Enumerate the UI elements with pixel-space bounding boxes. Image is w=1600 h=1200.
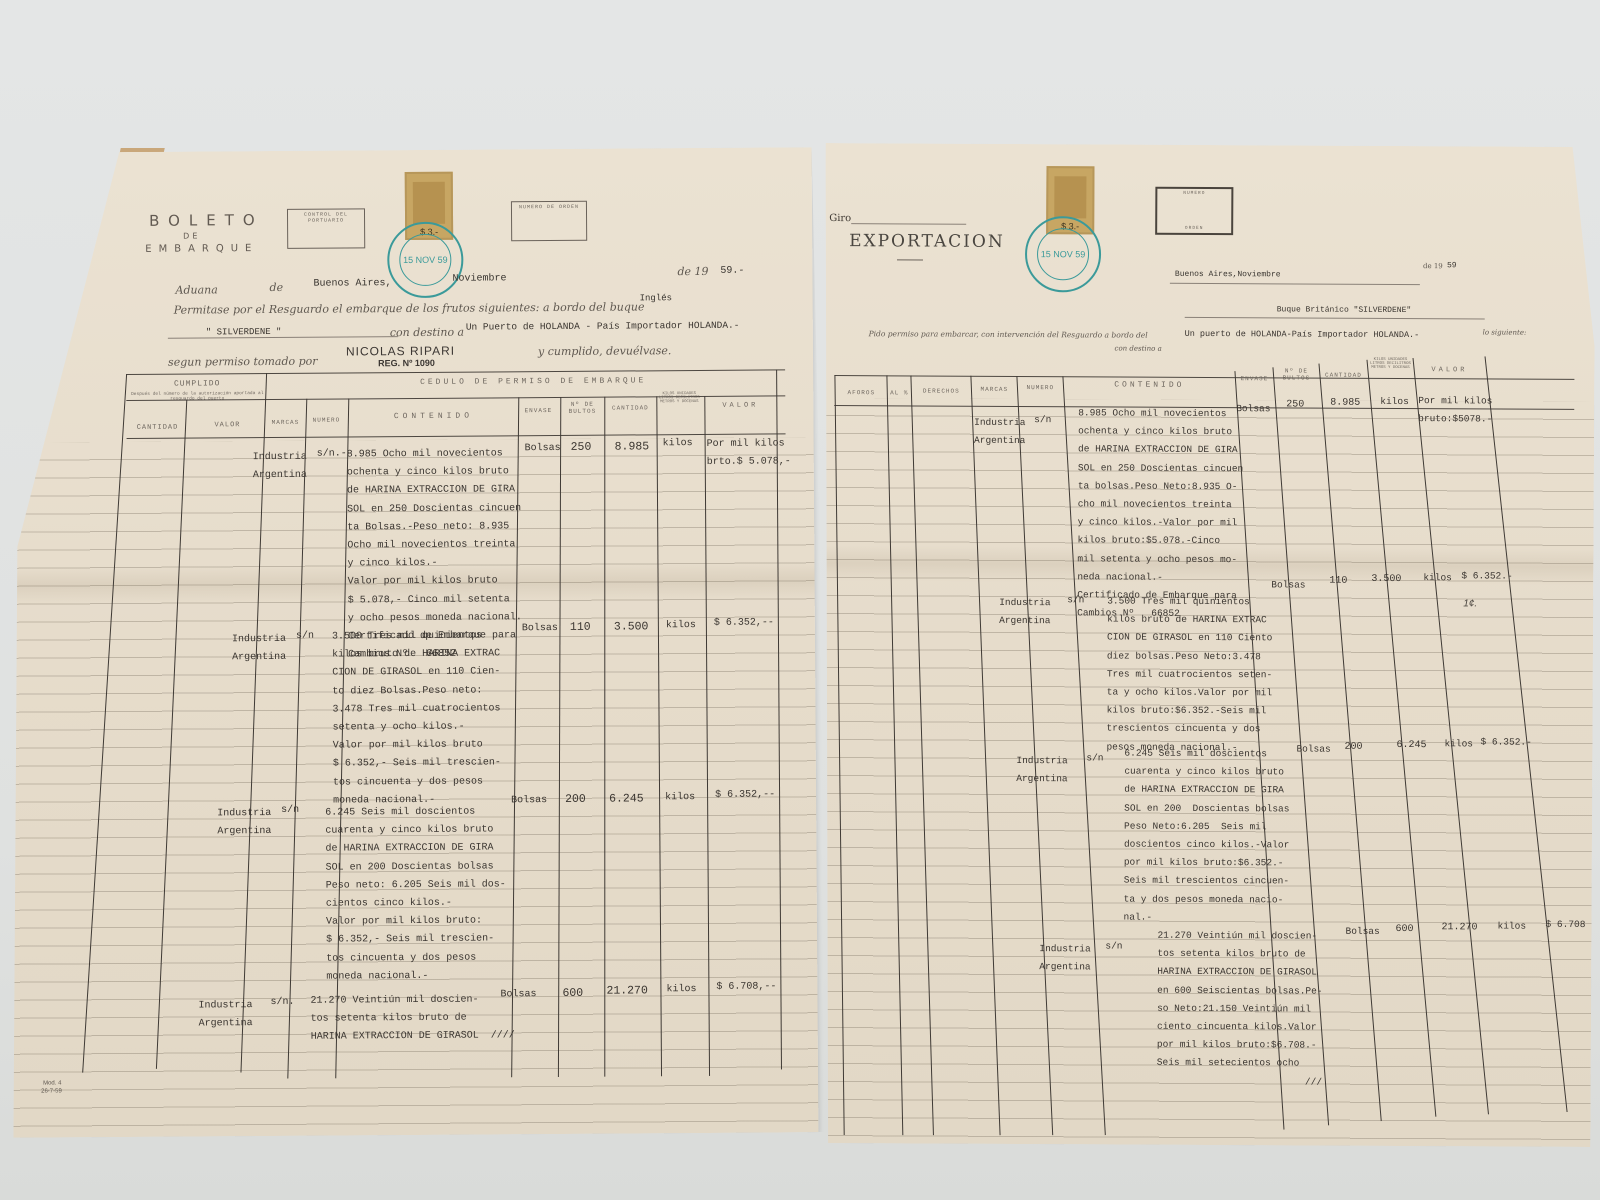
row2-valor: $ 6.352,-- (714, 617, 774, 628)
ship-value: Buque Británico "SILVERDENE" (1277, 305, 1411, 315)
form-date-code: 26-7-59 (41, 1088, 62, 1094)
row4-marcas: Industria Argentina (1039, 940, 1091, 977)
de-label: de (269, 281, 283, 294)
order-box: NUMERO DE ORDEN (511, 201, 587, 242)
row3-numero: s/n (1086, 752, 1103, 763)
aduana-value: Buenos Aires, (313, 278, 391, 290)
agent-name-stamp: NICOLAS RIPARI (346, 344, 455, 359)
row1-valor: Por mil kilos bruto:$5078.- (1418, 392, 1492, 429)
row2-unidad: kilos (666, 620, 696, 631)
aduana-label: Aduana (175, 283, 217, 296)
row1-bultos: 250 (571, 441, 592, 454)
control-box: CONTROL DEL PORTUARIO (287, 208, 365, 249)
row4-valor: $ 6.708,-- (716, 981, 776, 992)
col-header-contenido: CONTENIDO (348, 411, 518, 421)
row3-envase: Bolsas (1296, 743, 1330, 754)
col-header-valor: VALOR (188, 421, 266, 430)
segun-label: segun permiso tomado por (168, 355, 318, 369)
row1-unidad: kilos (663, 438, 693, 449)
row1-unidad: kilos (1380, 396, 1409, 407)
destino-value: Un Puerto de HOLANDA - País Importador H… (466, 320, 740, 333)
row1-numero: s/n (1034, 414, 1051, 425)
orden-box-label: ORDEN (1157, 226, 1231, 231)
row4-envase: Bolsas (1345, 926, 1379, 937)
row2-contenido: 3.500 Tres mil quinientos kilos bruto de… (332, 627, 501, 810)
seal-ring (1037, 228, 1089, 280)
row1-envase: Bolsas (1236, 403, 1270, 414)
cumplido-label: y cumplido, devuélvase. (538, 344, 672, 358)
col-divider (604, 397, 605, 1077)
table-top-border (834, 375, 1574, 380)
row1-cantidad: 8.985 (615, 440, 650, 453)
customs-seal: 15 NOV 59 (387, 222, 464, 299)
boleto-de-embarque-sheet: BOLETO DE EMBARQUE CONTROL DEL PORTUARIO… (7, 147, 819, 1138)
row3-marcas: Industria Argentina (1016, 752, 1068, 789)
col-header-envase: ENVASE (1236, 375, 1272, 382)
doc-title-embarque: EMBARQUE (145, 243, 258, 255)
title-underline (897, 259, 923, 260)
row3-marcas: Industria Argentina (217, 805, 271, 842)
numero-orden-box: NUMERO ORDEN (1155, 187, 1233, 235)
row4-numero: s/n (1105, 940, 1122, 951)
col-header-al: AL % (888, 389, 910, 396)
year-label: de 19 (677, 265, 708, 278)
stamp-figure (413, 182, 445, 224)
row3-contenido: 6.245 Seis mil doscientos cuarenta y cin… (325, 803, 506, 986)
row1-bultos: 250 (1286, 399, 1304, 410)
agent-registration: REG. Nº 1090 (378, 358, 435, 368)
giro-label: Giro (829, 213, 851, 224)
destino-label: con destino a (1115, 345, 1162, 353)
permit-line: Permitase por el Resguardo el embarque d… (174, 300, 645, 316)
row2-bultos: 110 (1329, 576, 1347, 587)
ship-nationality: Inglés (640, 293, 672, 303)
ship-field (1185, 317, 1485, 320)
row2-valor: $ 6.352.- (1461, 570, 1512, 581)
customs-seal: 15 NOV 59 (1025, 216, 1101, 292)
row1-marcas: Industria Argentina (974, 414, 1026, 451)
month-value: Noviembre (452, 273, 506, 284)
doc-title-boleto: BOLETO (149, 211, 264, 230)
stamp-figure (1054, 176, 1086, 218)
row2-unidad: kilos (1423, 572, 1452, 583)
row3-numero: s/n (281, 805, 299, 816)
form-code: Mod. 4 (43, 1080, 61, 1086)
ship-name-field (168, 336, 398, 339)
row2-envase: Bolsas (1271, 579, 1305, 590)
row3-bultos: 200 (565, 793, 586, 806)
margin-note: 1¢. (1463, 598, 1477, 609)
row3-cantidad: 6.245 (609, 792, 644, 805)
row2-bultos: 110 (570, 621, 591, 634)
col-header-numero: NUMERO (306, 416, 346, 423)
col-header-marcas: MARCAS (266, 419, 304, 426)
row2-cantidad: 3.500 (614, 620, 649, 633)
col-header-aforos: AFOROS (836, 389, 886, 396)
row3-envase: Bolsas (511, 795, 547, 806)
row3-cantidad: 6.245 (1396, 740, 1426, 751)
row1-valor: Por mil kilos brto.$ 5.078,- (707, 435, 791, 472)
col-header-bultos: Nº DE BULTOS (1274, 367, 1318, 381)
ship-name: " SILVERDENE " (206, 327, 282, 338)
col-header-numero: NUMERO (1018, 384, 1062, 391)
row4-bultos: 600 (562, 987, 583, 1000)
exportacion-sheet: Giro EXPORTACION $ 3.- 15 NOV 59 NUMERO … (820, 143, 1595, 1147)
col-header-unidad: KILOS UNIDADES LITROS DECILITROS METROS … (1368, 358, 1412, 370)
row3-unidad: kilos (665, 792, 695, 803)
row4-unidad: kilos (666, 984, 696, 995)
place-date-value: Buenos Aires,Noviembre (1175, 270, 1281, 280)
numero-box-label: NUMERO (1157, 191, 1231, 196)
lo-siguiente-label: lo siguiente: (1483, 328, 1527, 336)
permit-line: Pido permiso para embarcar, con interven… (869, 329, 1148, 339)
col-header-cantidad2: CANTIDAD (604, 404, 656, 411)
row2-envase: Bolsas (522, 623, 558, 634)
row4-numero: s/n. (270, 997, 294, 1008)
row4-cantidad: 21.270 (606, 984, 648, 997)
col-header-unidad: KILOS UNIDADES LITROS DECILITROS METROS … (656, 392, 702, 404)
row3-unidad: kilos (1444, 738, 1473, 749)
order-box-label: NUMERO DE ORDEN (512, 204, 586, 211)
col-header-cantidad: CANTIDAD (128, 424, 186, 432)
table-top-border (126, 369, 785, 375)
row1-envase: Bolsas (525, 443, 561, 454)
row4-bultos: 600 (1395, 924, 1413, 935)
group-permiso: CEDULO DE PERMISO DE EMBARQUE (368, 376, 698, 387)
row2-numero: s/n (1067, 594, 1084, 605)
control-box-label: CONTROL DEL PORTUARIO (288, 211, 364, 224)
row2-marcas: Industria Argentina (232, 631, 286, 668)
row1-numero: s/n.- (317, 448, 347, 459)
row3-contenido: 6.245 Seis mil doscientos cuarenta y cin… (1124, 745, 1290, 928)
col-header-cantidad: CANTIDAD (1320, 372, 1366, 379)
row1-contenido: 8.985 Ocho mil novecientos ochenta y cin… (1077, 404, 1243, 623)
giro-field (851, 223, 966, 225)
row4-contenido: 21.270 Veintiún mil doscien- tos setenta… (1157, 927, 1323, 1092)
row4-contenido: 21.270 Veintiún mil doscien- tos setenta… (310, 991, 514, 1047)
col-header-valor2: VALOR (704, 401, 776, 410)
col-header-contenido: CONTENIDO (1064, 380, 1234, 390)
year-value: 59 (1447, 261, 1457, 270)
row3-valor: $ 6.352.- (1480, 736, 1531, 747)
col-header-valor: VALOR (1414, 366, 1484, 374)
row4-marcas: Industria Argentina (198, 997, 252, 1034)
group-cumplido: CUMPLIDO (128, 379, 266, 389)
seal-ring (399, 234, 451, 286)
row2-contenido: 3.500 Tres mil quinientos kilos bruto de… (1106, 592, 1272, 757)
row4-valor: $ 6.708 (1546, 919, 1586, 930)
row2-numero: s/n (296, 631, 314, 642)
destino-label: con destino a (390, 326, 464, 340)
row1-cantidad: 8.985 (1330, 398, 1360, 409)
row2-marcas: Industria Argentina (999, 594, 1051, 631)
year-value: 59.- (720, 266, 744, 277)
col-header-bultos: Nº DE BULTOS (560, 401, 604, 415)
col-header-marcas: MARCAS (972, 386, 1016, 393)
doc-title-de: DE (183, 231, 200, 240)
row1-marcas: Industria Argentina (253, 449, 307, 486)
row3-bultos: 200 (1344, 742, 1362, 753)
place-date-field (1170, 283, 1420, 285)
row4-envase: Bolsas (500, 989, 536, 1000)
destino-value: Un puerto de HOLANDA-País Importador HOL… (1185, 329, 1420, 340)
col-header-envase: ENVASE (518, 407, 558, 414)
row4-cantidad: 21.270 (1441, 922, 1477, 933)
col-header-derechos: DERECHOS (912, 387, 970, 394)
year-label: de 19 (1423, 262, 1443, 270)
doc-title-exportacion: EXPORTACION (849, 231, 1005, 252)
row3-valor: $ 6.352,-- (715, 789, 775, 800)
row4-unidad: kilos (1498, 921, 1527, 932)
row2-cantidad: 3.500 (1371, 574, 1401, 585)
